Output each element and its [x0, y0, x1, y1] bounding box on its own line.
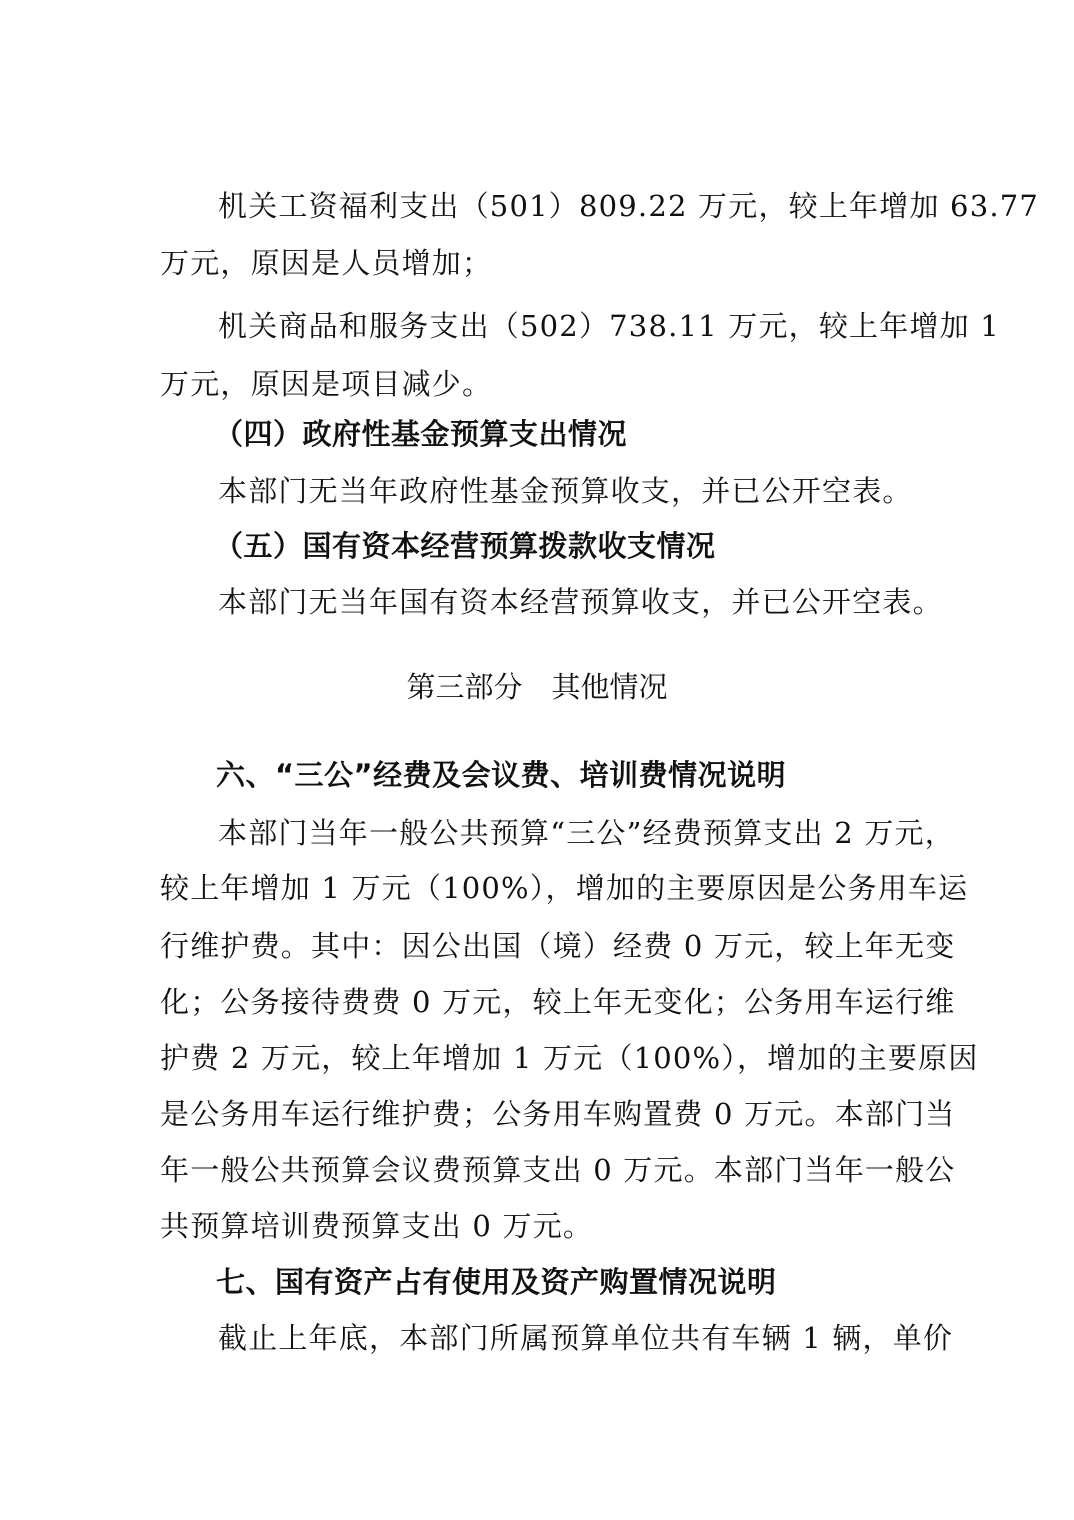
- section-6-line-7: 年一般公共预算会议费预算支出 0 万元。本部门当年一般公: [160, 1150, 930, 1190]
- paragraph-501-line-2: 万元，原因是人员增加；: [160, 243, 930, 283]
- paragraph-502-line-1: 机关商品和服务支出（502）738.11 万元，较上年增加 1: [218, 306, 988, 346]
- section-6-line-1: 本部门当年一般公共预算“三公”经费预算支出 2 万元，: [218, 813, 988, 853]
- section-4-body: 本部门无当年政府性基金预算收支，并已公开空表。: [218, 471, 988, 511]
- section-6-line-2: 较上年增加 1 万元（100%），增加的主要原因是公务用车运: [160, 868, 930, 908]
- section-6-line-8: 共预算培训费预算支出 0 万元。: [160, 1206, 930, 1246]
- section-7-line-1: 截止上年底，本部门所属预算单位共有车辆 1 辆，单价: [218, 1318, 988, 1358]
- section-5-heading: （五）国有资本经营预算拨款收支情况: [214, 526, 984, 566]
- section-7-heading: 七、国有资产占有使用及资产购置情况说明: [216, 1262, 986, 1302]
- section-4-heading: （四）政府性基金预算支出情况: [214, 414, 984, 454]
- section-6-line-5: 护费 2 万元，较上年增加 1 万元（100%），增加的主要原因: [160, 1038, 930, 1078]
- section-5-body: 本部门无当年国有资本经营预算收支，并已公开空表。: [218, 582, 988, 622]
- document-page: 机关工资福利支出（501）809.22 万元，较上年增加 63.77 万元，原因…: [0, 0, 1074, 1520]
- section-6-line-6: 是公务用车运行维护费；公务用车购置费 0 万元。本部门当: [160, 1094, 930, 1134]
- paragraph-501-line-1: 机关工资福利支出（501）809.22 万元，较上年增加 63.77: [218, 186, 988, 226]
- section-6-line-3: 行维护费。其中：因公出国（境）经费 0 万元，较上年无变: [160, 926, 930, 966]
- part-3-title: 第三部分 其他情况: [0, 667, 1074, 707]
- paragraph-502-line-2: 万元，原因是项目减少。: [160, 364, 930, 404]
- section-6-line-4: 化；公务接待费费 0 万元，较上年无变化；公务用车运行维: [160, 982, 930, 1022]
- section-6-heading: 六、“三公”经费及会议费、培训费情况说明: [216, 755, 986, 795]
